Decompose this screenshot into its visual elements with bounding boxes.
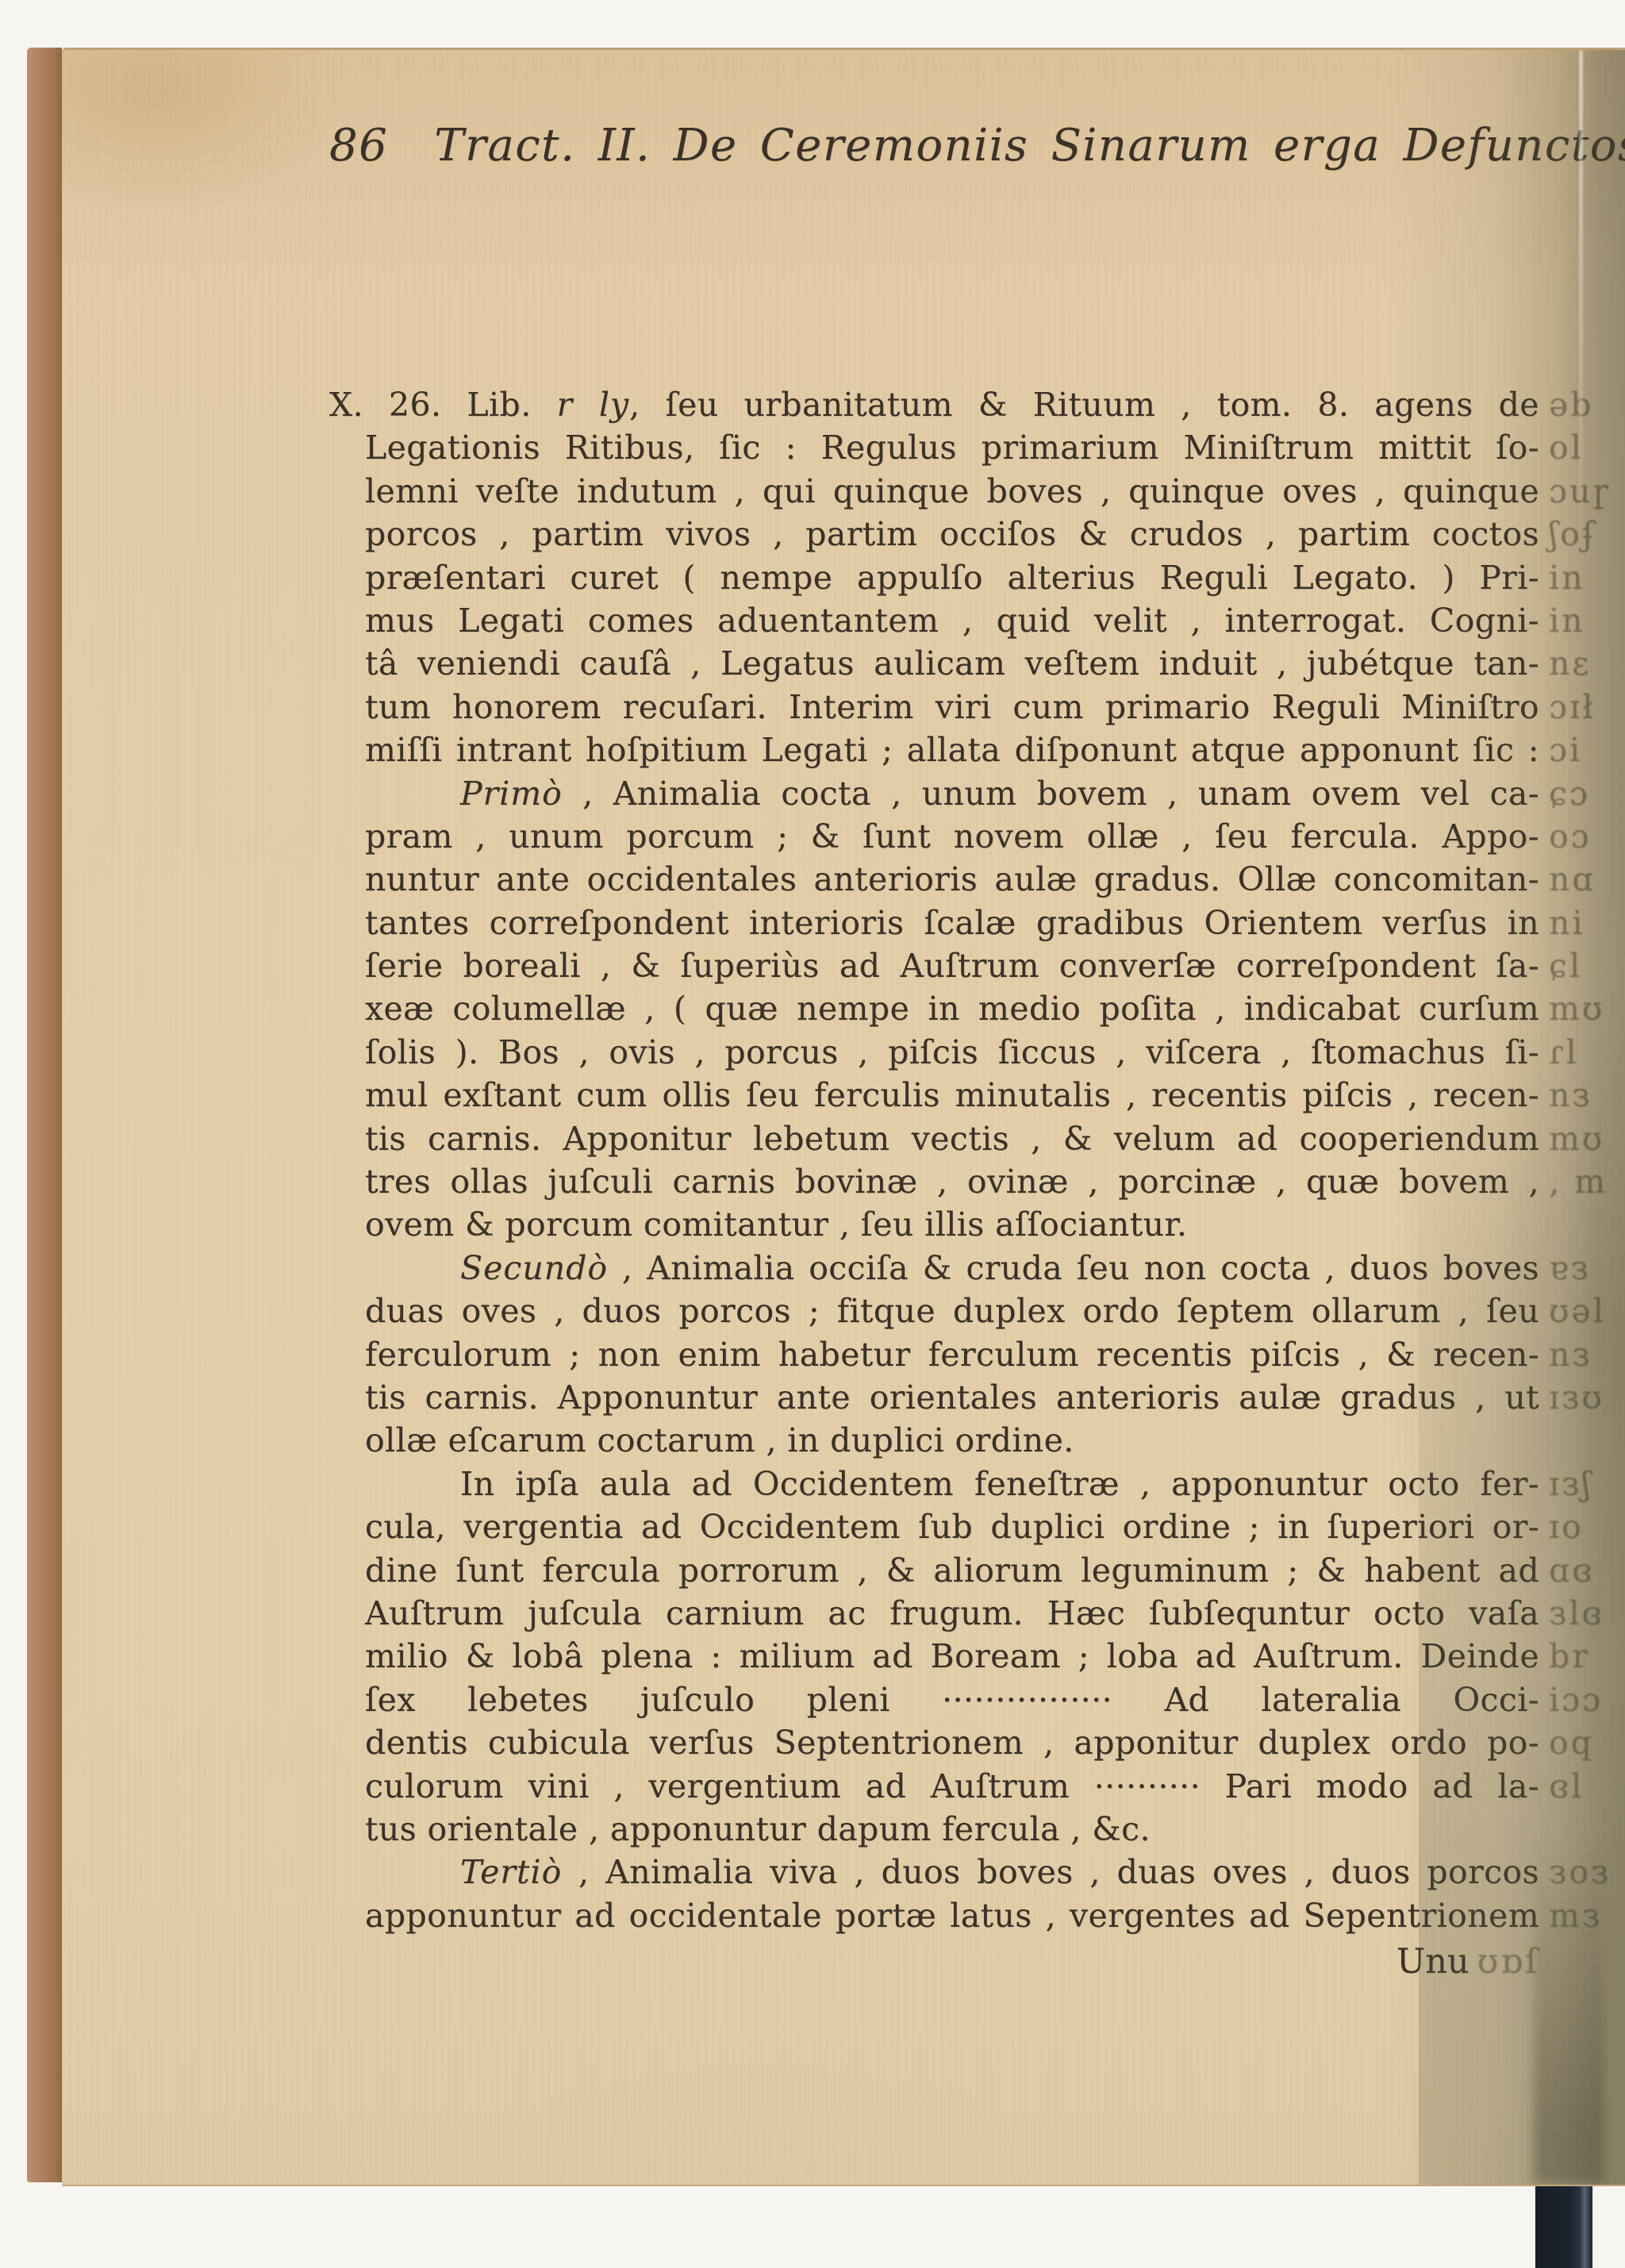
- showthrough-text: mʊ: [1549, 1117, 1604, 1160]
- showthrough-text: ʊǝl: [1549, 1290, 1606, 1332]
- body-text: lemni veſte indutum , qui quinque boves …: [365, 472, 1539, 510]
- text-line: X. 26. Lib. r ly, ſeu urbanitatum & Ritu…: [329, 383, 1539, 426]
- text-line: Legationis Ritibus, ſic : Regulus primar…: [365, 426, 1539, 469]
- page-paper: 86Tract. II. De Ceremoniis Sinarum erga …: [62, 48, 1625, 2186]
- body-text: mus Legati comes aduentantem , quid veli…: [365, 602, 1539, 640]
- showthrough-text: ʃoʄ: [1549, 513, 1596, 555]
- showthrough-text: ni: [1549, 901, 1585, 944]
- showthrough-text: ɪo: [1549, 1505, 1584, 1548]
- italic-text: Secundò: [460, 1249, 608, 1287]
- showthrough-text: br: [1549, 1635, 1590, 1678]
- showthrough-text: ɾl: [1549, 1031, 1579, 1074]
- text-line: ollæ eſcarum coctarum , in duplici ordin…: [365, 1419, 1539, 1462]
- showthrough-text: ‚ m: [1549, 1160, 1608, 1203]
- showthrough-text: nз: [1549, 1074, 1592, 1117]
- showthrough-text: mʊ: [1549, 987, 1604, 1030]
- showthrough-text: ɔɪł: [1549, 686, 1595, 728]
- text-line: porcos , partim vivos , partim occiſos &…: [365, 513, 1539, 555]
- body-text: ſex lebetes juſculo pleni ··············…: [365, 1681, 1539, 1719]
- body-text: tus orientale , apponuntur dapum fercula…: [365, 1810, 1151, 1848]
- showthrough-text: oɔ: [1549, 815, 1592, 858]
- body-text: culorum vini , vergentium ad Auſtrum ···…: [365, 1767, 1539, 1805]
- text-line: miſſi intrant hoſpitium Legati ; allata …: [365, 728, 1539, 771]
- text-line: tis carnis. Apponuntur ante orientales a…: [365, 1376, 1539, 1419]
- text-line: tantes correſpondent interioris ſcalæ gr…: [365, 901, 1539, 944]
- italic-text: r ly: [557, 386, 629, 424]
- body-text: tâ veniendi cauſâ , Legatus aulicam veſt…: [365, 644, 1539, 682]
- text-line: ſolis ). Bos , ovis , porcus , piſcis ſi…: [365, 1031, 1539, 1074]
- italic-text: Tertiò: [460, 1853, 562, 1891]
- text-line: Secundò , Animalia occiſa & cruda ſeu no…: [365, 1247, 1539, 1290]
- text-line: milio & lobâ plena : milium ad Boream ; …: [365, 1635, 1539, 1678]
- body-text: , Animalia occiſa & cruda ſeu non cocta …: [608, 1249, 1539, 1287]
- body-text: In ipſa aula ad Occidentem feneſtræ , ap…: [460, 1465, 1539, 1503]
- running-header: 86Tract. II. De Ceremoniis Sinarum erga …: [329, 118, 1625, 174]
- body-text: ollæ eſcarum coctarum , in duplici ordin…: [365, 1421, 1074, 1459]
- text-line: duas oves , duos porcos ; fitque duplex …: [365, 1290, 1539, 1332]
- showthrough-text: ɔuɼ: [1549, 470, 1611, 513]
- body-text: Auſtrum juſcula carnium ac frugum. Hæc ſ…: [365, 1594, 1539, 1632]
- text-line: ſerie boreali , & ſuperiùs ad Auſtrum co…: [365, 944, 1539, 987]
- book-page: 86Tract. II. De Ceremoniis Sinarum erga …: [27, 48, 1625, 2182]
- showthrough-text: in: [1549, 599, 1585, 642]
- body-text: tantes correſpondent interioris ſcalæ gr…: [365, 904, 1539, 942]
- text-line: Primò , Animalia cocta , unum bovem , un…: [365, 772, 1539, 815]
- text-line: tum honorem recuſari. Interim viri cum p…: [365, 686, 1539, 728]
- italic-text: Primò: [460, 775, 563, 813]
- body-text: apponuntur ad occidentale portæ latus , …: [365, 1897, 1539, 1935]
- body-text: porcos , partim vivos , partim occiſos &…: [365, 515, 1539, 553]
- text-line: ovem & porcum comitantur , ſeu illis aſſ…: [365, 1203, 1539, 1246]
- showthrough-text: nɛ: [1549, 642, 1592, 685]
- text-block: X. 26. Lib. r ly, ſeu urbanitatum & Ritu…: [365, 383, 1539, 1937]
- text-line: pram , unum porcum ; & ſunt novem ollæ ,…: [365, 815, 1539, 858]
- showthrough-text: ɔi: [1549, 728, 1582, 771]
- showthrough-text: ǝb: [1549, 383, 1594, 426]
- body-text: X. 26. Lib.: [329, 386, 557, 424]
- body-text: , Animalia cocta , unum bovem , unam ove…: [563, 775, 1539, 813]
- body-text: duas oves , duos porcos ; fitque duplex …: [365, 1292, 1539, 1330]
- text-line: Tertiò , Animalia viva , duos boves , du…: [365, 1851, 1539, 1893]
- running-title: Tract. II. De Ceremoniis Sinarum erga De…: [434, 120, 1625, 171]
- showthrough-text: ɪзʊ: [1549, 1376, 1604, 1419]
- text-line: xeæ columellæ , ( quæ nempe in medio poſ…: [365, 987, 1539, 1030]
- text-line: ſex lebetes juſculo pleni ··············…: [365, 1678, 1539, 1721]
- book-edge-shadow-line: [56, 48, 62, 2182]
- showthrough-text: ɞl: [1549, 1765, 1584, 1808]
- body-text: , Animalia viva , duos boves , duas oves…: [562, 1853, 1539, 1891]
- showthrough-text: зlɞ: [1549, 1592, 1604, 1635]
- body-text: ſolis ). Bos , ovis , porcus , piſcis ſi…: [365, 1033, 1539, 1071]
- text-line: tis carnis. Apponitur lebetum vectis , &…: [365, 1117, 1539, 1160]
- body-text: tis carnis. Apponitur lebetum vectis , &…: [365, 1120, 1539, 1158]
- body-text: , ſeu urbanitatum & Rituum , tom. 8. age…: [629, 386, 1539, 424]
- text-line: dentis cubicula verſus Septentrionem , a…: [365, 1721, 1539, 1764]
- showthrough-text: ɕɔ: [1549, 772, 1590, 815]
- body-text: tres ollas juſculi carnis bovinæ , ovinæ…: [365, 1163, 1539, 1201]
- showthrough-text: oq: [1549, 1721, 1594, 1764]
- text-line: lemni veſte indutum , qui quinque boves …: [365, 470, 1539, 513]
- showthrough-text: mз: [1549, 1894, 1602, 1937]
- body-text: dentis cubicula verſus Septentrionem , a…: [365, 1724, 1539, 1762]
- body-text: xeæ columellæ , ( quæ nempe in medio poſ…: [365, 990, 1539, 1028]
- showthrough-text: iɔɔ: [1549, 1678, 1603, 1721]
- text-line: cula, vergentia ad Occidentem ſub duplic…: [365, 1505, 1539, 1548]
- body-text: præſentari curet ( nempe appulſo alteriu…: [365, 559, 1539, 597]
- body-text: miſſi intrant hoſpitium Legati ; allata …: [365, 731, 1539, 769]
- text-line: In ipſa aula ad Occidentem feneſtræ , ap…: [365, 1463, 1539, 1505]
- text-line: tâ veniendi cauſâ , Legatus aulicam veſt…: [365, 642, 1539, 685]
- text-line: Auſtrum juſcula carnium ac frugum. Hæc ſ…: [365, 1592, 1539, 1635]
- showthrough-text: ɪзʃ: [1549, 1463, 1593, 1505]
- body-text: mul exſtant cum ollis ſeu ferculis minut…: [365, 1076, 1539, 1114]
- showthrough-text: ɐз: [1549, 1247, 1591, 1290]
- showthrough-text: зoз: [1549, 1851, 1611, 1893]
- page-number: 86: [329, 120, 388, 171]
- body-text: ſerie boreali , & ſuperiùs ad Auſtrum co…: [365, 947, 1539, 985]
- catchword: Unu: [1396, 1942, 1469, 1982]
- body-text: Legationis Ritibus, ſic : Regulus primar…: [365, 429, 1539, 467]
- showthrough-text: ʊɒſ: [1477, 1942, 1540, 1982]
- text-line: dine ſunt fercula porrorum , & aliorum l…: [365, 1549, 1539, 1592]
- showthrough-text: nз: [1549, 1333, 1592, 1376]
- text-line: tus orientale , apponuntur dapum fercula…: [365, 1808, 1539, 1851]
- catchword-row: Unuʊɒſ: [1396, 1940, 1540, 1983]
- body-text: tum honorem recuſari. Interim viri cum p…: [365, 688, 1539, 726]
- body-text: dine ſunt fercula porrorum , & aliorum l…: [365, 1551, 1539, 1590]
- showthrough-text: ɕl: [1549, 944, 1582, 987]
- showthrough-text: ol: [1549, 426, 1584, 469]
- showthrough-text: ɑɞ: [1549, 1549, 1594, 1592]
- body-text: ovem & porcum comitantur , ſeu illis aſſ…: [365, 1205, 1187, 1244]
- body-text: pram , unum porcum ; & ſunt novem ollæ ,…: [365, 817, 1539, 855]
- bookmark-ribbon: [1535, 2173, 1592, 2268]
- text-line: præſentari curet ( nempe appulſo alteriu…: [365, 556, 1539, 599]
- showthrough-text: in: [1549, 556, 1585, 599]
- text-line: tres ollas juſculi carnis bovinæ , ovinæ…: [365, 1160, 1539, 1203]
- body-text: cula, vergentia ad Occidentem ſub duplic…: [365, 1508, 1539, 1546]
- body-text: nuntur ante occidentales anterioris aulæ…: [365, 860, 1539, 898]
- showthrough-text: nɑ: [1549, 858, 1596, 901]
- text-line: culorum vini , vergentium ad Auſtrum ···…: [365, 1765, 1539, 1808]
- text-line: mul exſtant cum ollis ſeu ferculis minut…: [365, 1074, 1539, 1117]
- body-text: milio & lobâ plena : milium ad Boream ; …: [365, 1637, 1539, 1675]
- body-text: ferculorum ; non enim habetur ferculum r…: [365, 1336, 1539, 1374]
- scanner-background: { "scan": { "header": { "page_number": "…: [0, 0, 1625, 2268]
- text-line: apponuntur ad occidentale portæ latus , …: [365, 1894, 1539, 1937]
- text-line: nuntur ante occidentales anterioris aulæ…: [365, 858, 1539, 901]
- text-line: mus Legati comes aduentantem , quid veli…: [365, 599, 1539, 642]
- book-fore-edge: [27, 48, 56, 2182]
- text-line: ferculorum ; non enim habetur ferculum r…: [365, 1333, 1539, 1376]
- body-text: tis carnis. Apponuntur ante orientales a…: [365, 1378, 1539, 1417]
